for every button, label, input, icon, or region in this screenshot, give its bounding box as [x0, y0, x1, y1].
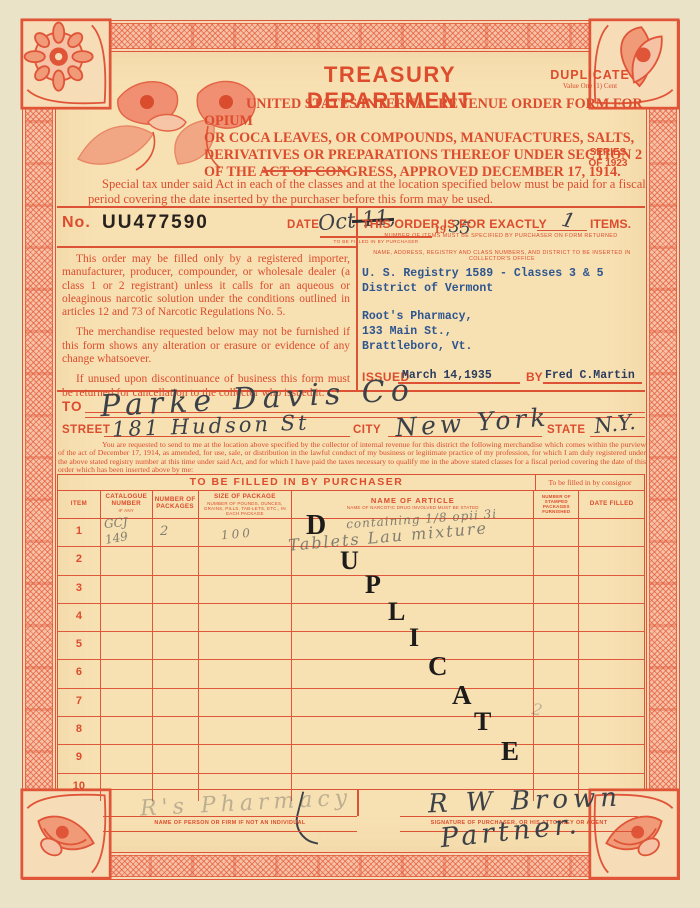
- col-subheader: NUMBER OF POUNDS, OUNCES, GRAINS, PILLS,…: [199, 501, 292, 516]
- series-year: OF 1923: [575, 158, 641, 169]
- instruction-paragraph: The merchandise requested below may not …: [62, 326, 350, 366]
- duplicate-stamp-letter: I: [409, 625, 419, 651]
- typed-pharmacy-street: 133 Main St.,: [362, 325, 452, 338]
- duplicate-stamp-letter: D: [306, 512, 326, 540]
- issued-by-line: [543, 382, 642, 384]
- typed-issued-date: March 14,1935: [402, 369, 492, 382]
- typed-registry-line: U. S. Registry 1589 - Classes 3 & 5: [362, 267, 604, 280]
- exactly-label: THIS ORDER IS FOR EXACTLY: [362, 217, 547, 231]
- typed-issued-by: Fred C.Martin: [545, 369, 635, 382]
- date-label: DATE: [287, 219, 319, 231]
- no-label: No.: [62, 214, 91, 232]
- header-divider: [262, 170, 348, 172]
- duplicate-stamp-letter: T: [474, 709, 491, 735]
- rule: [57, 246, 356, 248]
- consignor-section-header: To be filled in by consignor: [536, 475, 644, 490]
- duplicate-value-note: Value One (1) Cent: [540, 82, 640, 90]
- request-paragraph: You are requested to send to me at the l…: [58, 441, 646, 474]
- date-line-caption: TO BE FILLED IN BY PURCHASER: [318, 239, 434, 245]
- table-row: 4: [58, 604, 644, 632]
- exactly-caption: NUMBER OF ITEMS MUST BE SPECIFIED BY PUR…: [360, 233, 642, 239]
- by-label: BY: [526, 370, 543, 384]
- col-header-date-filled: DATE FILLED: [579, 500, 644, 507]
- typed-pharmacy-name: Root's Pharmacy,: [362, 310, 472, 323]
- street-label: STREET: [62, 424, 110, 436]
- document-page: TREASURY DEPARTMENT DUPLICATE Value One …: [0, 0, 700, 908]
- table-row: 8: [58, 717, 644, 745]
- subtitle-line: UNITED STATES INTERNAL REVENUE ORDER FOR…: [204, 96, 648, 130]
- footer-divider: [357, 790, 359, 816]
- pencil-packages: 2: [160, 524, 168, 539]
- special-tax-notice: Special tax under said Act in each of th…: [88, 177, 646, 206]
- col-subheader: IF ANY: [101, 508, 152, 513]
- col-subheader: NAME OF NARCOTIC DRUG INVOLVED MUST BE S…: [292, 505, 533, 510]
- duplicate-stamp-letter: E: [501, 738, 519, 765]
- col-header-stamped: NUMBER OF STAMPED PACKAGES FURNISHED: [534, 494, 578, 514]
- table-row: 6: [58, 660, 644, 688]
- state-label: STATE: [547, 424, 586, 436]
- pencil-size: 100: [220, 526, 253, 543]
- corner-ornament-icon: [20, 788, 112, 880]
- subtitle-line: OR COCA LEAVES, OR COMPOUNDS, MANUFACTUR…: [204, 130, 648, 147]
- col-header-article: NAME OF ARTICLE: [292, 497, 533, 504]
- table-row: 7: [58, 689, 644, 717]
- col-header-catalogue: CATALOGUE NUMBER: [101, 493, 152, 507]
- duplicate-label: DUPLICATE: [540, 68, 640, 82]
- handwritten-state: N.Y.: [593, 410, 637, 438]
- collector-box-caption: NAME, ADDRESS, REGISTRY AND CLASS NUMBER…: [366, 250, 638, 263]
- col-header-size: SIZE OF PACKAGE: [199, 493, 292, 500]
- name-line-caption: NAME OF PERSON OR FIRM IF NOT AN INDIVID…: [103, 820, 357, 826]
- city-label: CITY: [353, 424, 381, 436]
- instruction-paragraph: This order may be filled only by a regis…: [62, 253, 350, 319]
- name-blank-line: [103, 831, 357, 832]
- series-label: SERIES: [575, 147, 641, 158]
- duplicate-stamp-letter: A: [452, 682, 472, 709]
- duplicate-stamp-letter: U: [340, 548, 359, 574]
- col-header-item: ITEM: [58, 500, 100, 507]
- items-label: ITEMS.: [590, 217, 631, 231]
- typed-district-line: District of Vermont: [362, 282, 493, 295]
- duplicate-stamp-letter: C: [428, 653, 448, 680]
- table-row: 9: [58, 745, 644, 773]
- typed-pharmacy-city: Brattleboro, Vt.: [362, 340, 472, 353]
- to-label: TO: [62, 399, 83, 414]
- col-header-packages: NUMBER OF PACKAGES: [153, 496, 198, 510]
- purchaser-section-header: TO BE FILLED IN BY PURCHASER: [58, 475, 536, 490]
- table-row: 3: [58, 576, 644, 604]
- duplicate-stamp-letter: L: [388, 599, 405, 625]
- border-right-band: [646, 20, 680, 880]
- section-divider: [356, 206, 358, 390]
- border-bottom-band: [22, 852, 680, 880]
- issued-date-line: [398, 382, 520, 384]
- border-top-band: [22, 20, 680, 52]
- border-left-band: [22, 20, 56, 880]
- serial-number: UU477590: [102, 212, 209, 234]
- name-blank-line: [103, 816, 357, 817]
- duplicate-stamp-letter: P: [365, 572, 381, 598]
- table-row: 5: [58, 632, 644, 660]
